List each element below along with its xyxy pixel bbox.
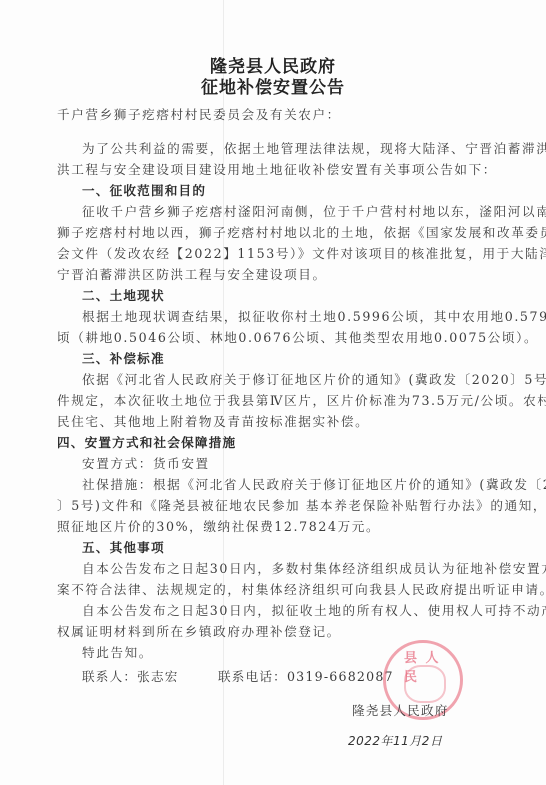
section-4-line: 照征地区片价的30%，缴纳社保费12.7824万元。 (57, 519, 507, 535)
section-heading-1: 一、征收范围和目的 (82, 183, 507, 199)
contact-phone: 联系电话：0319-6682087 (218, 666, 394, 685)
section-5-line: 自本公告发布之日起30日内，多数村集体经济组织成员认为征地补偿安置方 (82, 561, 507, 577)
section-heading-4: 四、安置方式和社会保障措施 (57, 435, 507, 451)
section-heading-5: 五、其他事项 (82, 540, 507, 556)
section-2-line: 根据土地现状调查结果，拟征收你村土地0.5996公顷，其中农用地0.5797公 (82, 309, 507, 325)
signatory: 隆尧县人民政府 (352, 700, 449, 719)
section-1-line: 会文件（发改农经【2022】1153号）》文件对该项目的核准批复，用于大陆泽、 (57, 246, 507, 262)
section-5-line: 权属证明材料到所在乡镇政府办理补偿登记。 (57, 624, 507, 640)
document-subtitle: 征地补偿安置公告 (0, 73, 546, 98)
salutation: 千户营乡狮子疙瘩村村民委员会及有关农户： (57, 107, 507, 123)
section-1-line: 征收千户营乡狮子疙瘩村滏阳河南侧，位于千户营村村地以东，滏阳河以南， (82, 204, 507, 220)
section-4-line: 〕5号)文件和《隆尧县被征地农民参加 基本养老保险补贴暂行办法》的通知，按 (57, 498, 507, 514)
section-heading-2: 二、土地现状 (82, 288, 507, 304)
contact-person: 联系人：张志宏 (82, 666, 179, 685)
section-3-line: 件规定，本次征收土地位于我县第Ⅳ区片，区片价标准为73.5万元/公顷。农村村 (57, 393, 507, 409)
section-4-line: 社保措施：根据《河北省人民政府关于修订征地区片价的通知》(冀政发〔2020 (82, 477, 507, 493)
section-1-line: 宁晋泊蓄滞洪区防洪工程与安全建设项目。 (57, 267, 507, 283)
intro-line: 洪工程与安全建设项目建设用地土地征收补偿安置有关事项公告如下： (57, 162, 507, 178)
intro-line: 为了公共利益的需要，依据土地管理法律法规，现将大陆泽、宁晋泊蓄滞洪区防 (82, 141, 507, 157)
section-2-line: 顷（耕地0.5046公顷、林地0.0676公顷、其他类型农用地0.0075公顷）… (57, 330, 507, 346)
section-5-line: 自本公告发布之日起30日内，拟征收土地的所有权人、使用权人可持不动产 (82, 603, 507, 619)
section-4-line: 安置方式：货币安置 (82, 456, 507, 472)
section-3-line: 依据《河北省人民政府关于修订征地区片价的通知》(冀政发〔2020〕5号)文 (82, 372, 507, 388)
section-3-line: 民住宅、其他地上附着物及青苗按标准据实补偿。 (57, 414, 507, 430)
section-5-line: 案不符合法律、法规规定的，村集体经济组织可向我县人民政府提出听证申请。 (57, 582, 507, 598)
stamp-text-top: 县 人 民 (404, 647, 460, 685)
section-heading-3: 三、补偿标准 (82, 351, 507, 367)
handwritten-date: 2022年11月2日 (348, 732, 442, 749)
section-1-line: 狮子疙瘩村村地以西，狮子疙瘩村村地以北的土地，依据《国家发展和改革委员 (57, 225, 507, 241)
